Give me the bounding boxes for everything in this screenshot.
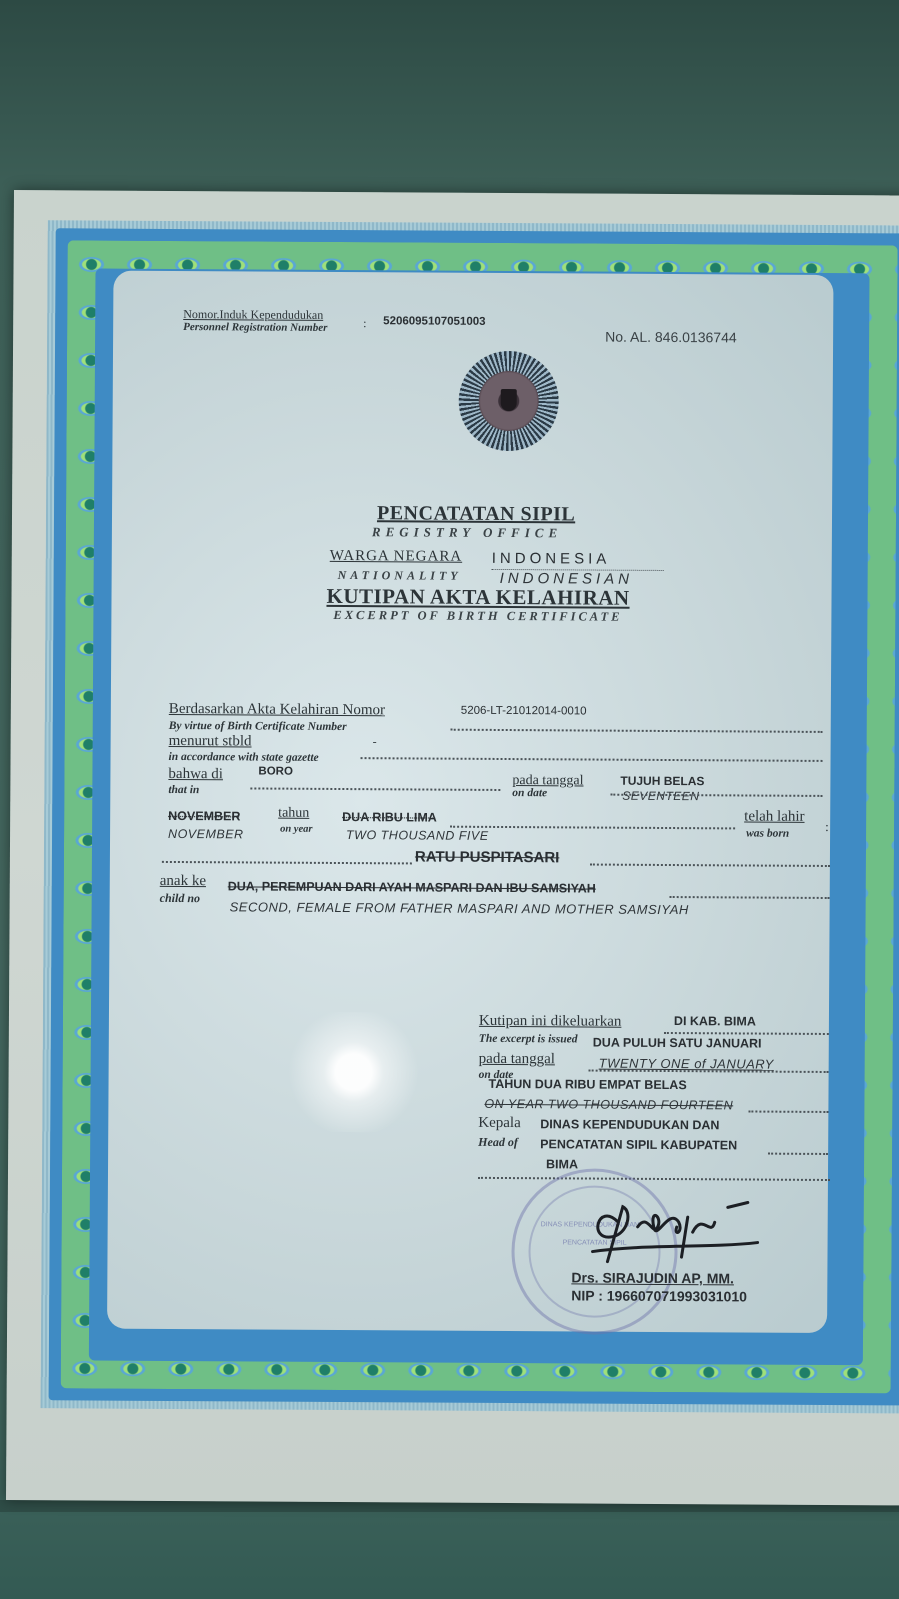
stbld-label: menurut stbld — [169, 733, 252, 751]
issued-date-label: pada tanggal — [479, 1051, 555, 1068]
head-value-line1: DINAS KEPENDUDUKAN DAN — [540, 1117, 719, 1132]
birth-year-value-en: TWO THOUSAND FIVE — [346, 828, 489, 843]
child-name: RATU PUSPITASARI — [415, 848, 560, 866]
birth-month-value-en: NOVEMBER — [168, 827, 244, 841]
stbld-label-en: in accordance with state gazette — [169, 751, 319, 764]
place-label: bahwa di — [168, 766, 223, 783]
place-value: BORO — [258, 766, 293, 778]
office-title-en: REGISTRY OFFICE — [372, 524, 562, 541]
issued-place: DI KAB. BIMA — [674, 1014, 756, 1029]
nationality-label: WARGA NEGARA — [330, 548, 463, 566]
cert-no-value: 5206-LT-21012014-0010 — [461, 705, 587, 718]
photo-glare — [288, 1012, 419, 1133]
born-label-en: was born — [746, 827, 789, 839]
cert-no-label-en: By virtue of Birth Certificate Number — [169, 720, 347, 733]
certificate-panel: Nomor.Induk Kependudukan Personnel Regis… — [107, 271, 833, 1333]
birth-year-value: DUA RIBU LIMA — [342, 810, 437, 825]
signature-icon — [577, 1191, 777, 1272]
birth-month-value: NOVEMBER — [168, 809, 240, 823]
birth-year-label-en: on year — [280, 824, 312, 835]
document-title: KUTIPAN AKTA KELAHIRAN — [326, 584, 629, 611]
issued-label: Kutipan ini dikeluarkan — [479, 1013, 622, 1031]
stbld-value: - — [373, 734, 377, 749]
birth-date-label-en: on date — [512, 787, 547, 799]
nik-label-en: Personnel Registration Number — [183, 321, 327, 334]
born-colon: : — [825, 819, 829, 835]
birth-certificate-document: Nomor.Induk Kependudukan Personnel Regis… — [6, 190, 899, 1505]
child-no-label: anak ke — [160, 873, 206, 890]
child-no-label-en: child no — [160, 891, 200, 906]
shield-icon — [501, 389, 517, 411]
issued-label-en: The excerpt is issued — [479, 1033, 578, 1046]
nik-colon: : — [363, 316, 366, 331]
nationality-value: INDONESIA — [492, 550, 611, 568]
head-value-line2: PENCATATAN SIPIL KABUPATEN — [540, 1137, 737, 1152]
head-label-en: Head of — [478, 1135, 518, 1150]
child-no-value: DUA, PEREMPUAN DARI AYAH MASPARI DAN IBU… — [228, 879, 596, 895]
issued-date: DUA PULUH SATU JANUARI — [593, 1036, 762, 1051]
child-no-value-en: SECOND, FEMALE FROM FATHER MASPARI AND M… — [230, 899, 689, 917]
head-value-line3: BIMA — [546, 1157, 578, 1171]
issued-year: TAHUN DUA RIBU EMPAT BELAS — [489, 1077, 687, 1092]
nationality-label-en: NATIONALITY — [338, 568, 462, 584]
birth-day-value: TUJUH BELAS — [620, 774, 704, 789]
serial-number: No. AL. 846.0136744 — [605, 329, 737, 346]
place-label-en: that in — [168, 784, 199, 796]
born-label: telah lahir — [744, 808, 804, 825]
garuda-emblem-hologram-icon — [458, 351, 559, 452]
signatory-nip: NIP : 196607071993031010 — [571, 1287, 747, 1304]
head-label: Kepala — [478, 1115, 521, 1132]
nik-value: 5206095107051003 — [383, 315, 485, 328]
cert-no-label: Berdasarkan Akta Kelahiran Nomor — [169, 701, 385, 719]
document-title-en: EXCERPT OF BIRTH CERTIFICATE — [333, 608, 622, 625]
signatory-name: Drs. SIRAJUDIN AP, MM. — [571, 1269, 734, 1286]
birth-year-label: tahun — [278, 806, 309, 822]
issued-year-en: ON YEAR TWO THOUSAND FOURTEEN — [484, 1097, 733, 1113]
office-title: PENCATATAN SIPIL — [377, 502, 575, 526]
